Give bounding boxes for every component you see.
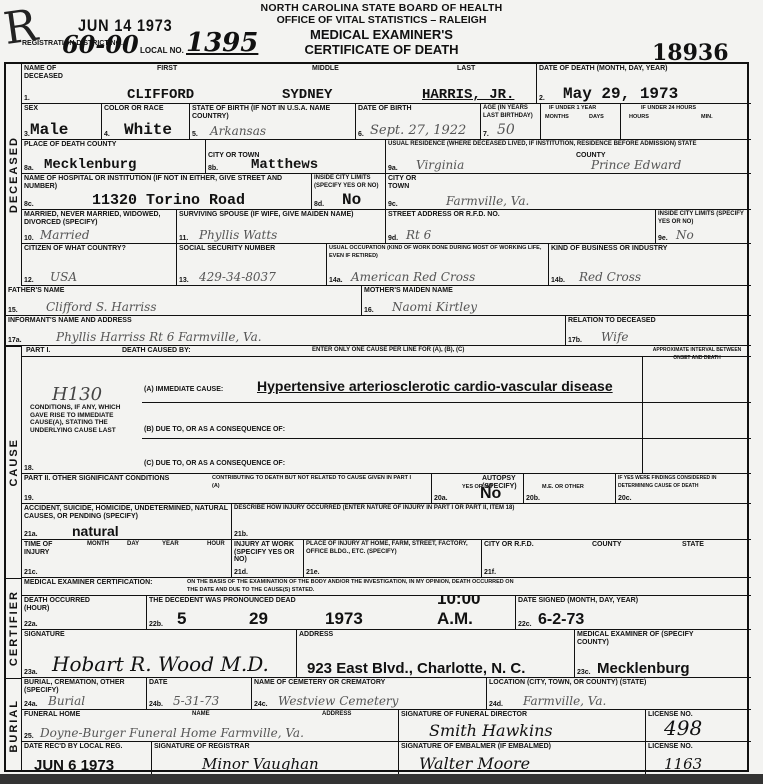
business-field[interactable]: KIND OF BUSINESS OR INDUSTRY14b. Red Cro… xyxy=(549,244,751,286)
registrar-signature-field[interactable]: SIGNATURE OF REGISTRAR Minor Vaughan xyxy=(152,742,399,774)
immediate-cause[interactable]: Hypertensive arteriosclerotic cardio-vas… xyxy=(257,378,613,394)
autopsy-findings-field[interactable]: IF YES WERE FINDINGS CONSIDERED IN DETER… xyxy=(616,474,751,504)
certifier-address-field[interactable]: ADDRESS 923 East Blvd., Charlotte, N. C. xyxy=(297,630,575,678)
injury-location-field[interactable]: CITY OR R.F.D. COUNTY STATE 21f. xyxy=(482,540,751,578)
title-line-1: MEDICAL EXAMINER'S xyxy=(0,27,763,42)
injury-description-field[interactable]: DESCRIBE HOW INJURY OCCURRED (ENTER NATU… xyxy=(232,504,751,540)
place-of-death-county-field[interactable]: PLACE OF DEATH COUNTY8a. Mecklenburg xyxy=(22,140,206,174)
section-deceased: DECEASED xyxy=(6,64,22,286)
margin-note: H130 xyxy=(52,384,102,405)
agency-line-1: NORTH CAROLINA STATE BOARD OF HEALTH xyxy=(0,2,763,14)
funeral-home-field[interactable]: FUNERAL HOME NAME ADDRESS 25. Doyne-Burg… xyxy=(22,710,399,742)
surviving-spouse-field[interactable]: SURVIVING SPOUSE (IF WIFE, GIVE MAIDEN N… xyxy=(177,210,386,244)
place-of-injury-field[interactable]: PLACE OF INJURY AT HOME, FARM, STREET, F… xyxy=(304,540,482,578)
signature-field[interactable]: SIGNATURE23a. Hobart R. Wood M.D. xyxy=(22,630,297,678)
pronounced-dead-field[interactable]: THE DECEDENT WAS PRONOUNCED DEAD 22b. 5 … xyxy=(147,596,516,630)
burial-date-field[interactable]: DATE24b. 5-31-73 xyxy=(147,678,252,710)
hospital-field[interactable]: NAME OF HOSPITAL OR INSTITUTION (IF NOT … xyxy=(22,174,312,210)
date-signed-field[interactable]: DATE SIGNED (MONTH, DAY, YEAR)22c. 6-2-7… xyxy=(516,596,751,630)
name-field[interactable]: NAME OF DECEASED FIRST MIDDLE LAST 1. CL… xyxy=(22,64,537,104)
other-conditions-field[interactable]: PART II. OTHER SIGNIFICANT CONDITIONS CO… xyxy=(22,474,432,504)
section-cause: CAUSE xyxy=(6,346,22,578)
date-of-death-field[interactable]: DATE OF DEATH (MONTH, DAY, YEAR) 2. May … xyxy=(537,64,751,104)
scan-edge xyxy=(0,774,763,784)
date-received-field[interactable]: DATE REC'D BY LOCAL REG. JUN 6 1973 xyxy=(22,742,152,774)
relation-field[interactable]: RELATION TO DECEASED17b. Wife xyxy=(566,316,751,346)
father-name-field[interactable]: FATHER'S NAME15. Clifford S. Harriss xyxy=(6,286,362,316)
examiner-county-field[interactable]: MEDICAL EXAMINER OF (SPECIFY COUNTY)23c.… xyxy=(575,630,751,678)
usual-residence-field[interactable]: USUAL RESIDENCE (WHERE DECEASED LIVED, I… xyxy=(386,140,751,174)
under-24-hours-field[interactable]: IF UNDER 24 HOURS HOURS MIN. xyxy=(621,104,751,140)
injury-at-work-field[interactable]: INJURY AT WORK (SPECIFY YES OR NO)21d. xyxy=(232,540,304,578)
occupation-field[interactable]: USUAL OCCUPATION (KIND OF WORK DONE DURI… xyxy=(327,244,549,286)
place-of-death-city-field[interactable]: CITY OR TOWN8b. Matthews xyxy=(206,140,386,174)
residence-street-field[interactable]: STREET ADDRESS OR R.F.D. NO.9d. Rt 6 xyxy=(386,210,656,244)
mother-maiden-name-field[interactable]: MOTHER'S MAIDEN NAME16. Naomi Kirtley xyxy=(362,286,751,316)
residence-inside-limits-field[interactable]: INSIDE CITY LIMITS (SPECIFY YES OR NO)9e… xyxy=(656,210,751,244)
certificate-form: DECEASED CAUSE CERTIFIER BURIAL NAME OF … xyxy=(4,62,749,772)
last-name: HARRIS, JR. xyxy=(422,87,514,103)
embalmer-license-field[interactable]: LICENSE NO. 1163 xyxy=(646,742,751,774)
residence-city-field[interactable]: CITY OR TOWN9c. Farmville, Va. xyxy=(386,174,751,210)
ssn-field[interactable]: SOCIAL SECURITY NUMBER13. 429-34-8037 xyxy=(177,244,327,286)
section-burial: BURIAL xyxy=(6,678,22,772)
race-field[interactable]: COLOR or RACE4. White xyxy=(102,104,190,140)
autopsy-me-field[interactable]: M.E. OR OTHER 20b. xyxy=(524,474,616,504)
me-certification-statement: MEDICAL EXAMINER CERTIFICATION: ON THE B… xyxy=(22,578,751,596)
disposition-field[interactable]: BURIAL, CREMATION, OTHER (SPECIFY)24a. B… xyxy=(22,678,147,710)
funeral-director-signature-field[interactable]: SIGNATURE OF FUNERAL DIRECTOR Smith Hawk… xyxy=(399,710,646,742)
age-field[interactable]: AGE (IN YEARS LAST BIRTHDAY)7. 50 xyxy=(481,104,541,140)
cause-part-1: PART I. DEATH CAUSED BY: ENTER ONLY ONE … xyxy=(22,346,751,474)
inside-city-limits-field[interactable]: INSIDE CITY LIMITS (SPECIFY YES OR NO)8d… xyxy=(312,174,386,210)
agency-line-2: OFFICE OF VITAL STATISTICS – RALEIGH xyxy=(0,14,763,26)
title-line-2: CERTIFICATE OF DEATH xyxy=(0,42,763,57)
section-certifier: CERTIFIER xyxy=(6,578,22,678)
sex-field[interactable]: SEX3. Male xyxy=(22,104,102,140)
manner-of-death-field[interactable]: ACCIDENT, SUICIDE, HOMICIDE, UNDETERMINE… xyxy=(22,504,232,540)
citizenship-field[interactable]: CITIZEN OF WHAT COUNTRY?12. USA xyxy=(22,244,177,286)
state-of-birth-field[interactable]: STATE OF BIRTH (IF NOT IN U.S.A. NAME CO… xyxy=(190,104,356,140)
under-1-year-field[interactable]: IF UNDER 1 YEAR MONTHS DAYS xyxy=(541,104,621,140)
cemetery-field[interactable]: NAME OF CEMETERY OR CREMATORY24c. Westvi… xyxy=(252,678,487,710)
death-occurred-hour-field[interactable]: DEATH OCCURRED (HOUR)22a. xyxy=(22,596,147,630)
middle-name: SYDNEY xyxy=(282,87,332,103)
director-license-field[interactable]: LICENSE NO. 498 xyxy=(646,710,751,742)
marital-status-field[interactable]: MARRIED, NEVER MARRIED, WIDOWED, DIVORCE… xyxy=(22,210,177,244)
time-of-injury-field[interactable]: TIME OF INJURY MONTH DAY YEAR HOUR 21c. xyxy=(22,540,232,578)
autopsy-field[interactable]: AUTOPSY (SPECIFY) YES OR NO 20a. No xyxy=(432,474,524,504)
embalmer-signature-field[interactable]: SIGNATURE OF EMBALMER (IF EMBALMED) Walt… xyxy=(399,742,646,774)
burial-location-field[interactable]: LOCATION (CITY, TOWN, OR COUNTY) (STATE)… xyxy=(487,678,751,710)
first-name: CLIFFORD xyxy=(127,87,194,103)
date-of-birth-field[interactable]: DATE OF BIRTH6. Sept. 27, 1922 xyxy=(356,104,481,140)
informant-field[interactable]: INFORMANT'S NAME AND ADDRESS17a. Phyllis… xyxy=(6,316,566,346)
